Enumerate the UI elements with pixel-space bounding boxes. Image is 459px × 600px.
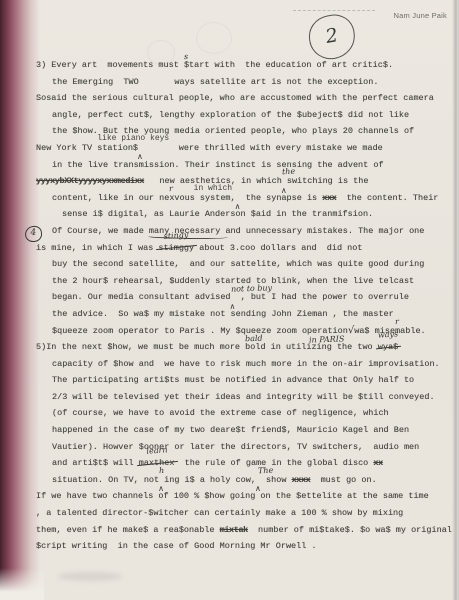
annotation-text: not to buy <box>230 284 271 294</box>
struck-text: mixtak <box>220 525 248 535</box>
struck-text: xx <box>373 458 382 468</box>
corrected-word: stimggystingy <box>158 240 194 257</box>
struck-text: xxxx <box>292 475 311 485</box>
typed-text-block: 3) Every art movements must s$tart with … <box>36 57 454 555</box>
typed-text: 3) Every art movements must <box>36 60 184 70</box>
header-author-name: Nam June Paik <box>394 11 447 20</box>
annotation-text: the <box>282 167 295 176</box>
typed-text: began. Our media consultant advised <box>52 292 231 302</box>
typed-line: capacity of $how and we have to risk muc… <box>52 356 454 373</box>
corrected-word: wya$ways <box>378 339 398 356</box>
typed-text: Sosaid the serious cultural people, who … <box>36 93 434 103</box>
annotation-text: in which <box>194 184 232 193</box>
typed-text: xvous system, <box>169 193 235 203</box>
typed-line: The participating arti$ts must be notifi… <box>52 372 454 389</box>
pencil-dash-line <box>293 10 375 11</box>
typed-text: the synapse is <box>241 193 323 203</box>
typed-line: $cript writing in the case of Good Morni… <box>36 538 454 555</box>
annotation-text: The <box>258 466 274 476</box>
annotation-text: r <box>395 316 399 325</box>
handwritten-correction: stingy <box>164 230 189 241</box>
book-gutter-shadow <box>0 0 40 600</box>
typed-text: situation. On TV, not <box>52 475 159 485</box>
typed-line: yyyxybXXtyyyyxyxxmedixx new aesthetics, … <box>36 173 454 190</box>
scanned-page: Nam June Paik 2 3) Every art movements m… <box>0 0 459 600</box>
typed-text: were thrilled with every mistake we made <box>143 143 383 153</box>
typed-text: show <box>261 475 292 485</box>
typed-line: sense i$ digital, as Laurie Anderson $ai… <box>62 206 454 223</box>
typed-text: and unnecessary mistakes. The major one <box>220 226 424 236</box>
typed-text: is mine, in which I was <box>36 243 158 253</box>
typed-text: angle, perfect cut$, lengthy exploration… <box>52 110 409 120</box>
gutter-bottom-fade <box>0 568 44 600</box>
typed-text: about 3.coo dollars and did not <box>194 243 362 253</box>
annotation-text: r <box>169 184 173 193</box>
typed-text: The participating arti$ts must be notifi… <box>52 375 414 385</box>
typed-line: Vautier). Howver $ooner or later the dir… <box>52 439 454 456</box>
typed-line: 3) Every art movements must s$tart with … <box>36 57 454 74</box>
typed-text: sense i$ digital, as Laurie Anderson $ai… <box>62 209 373 219</box>
typed-text: $tart with the education of art critic$. <box>184 60 393 70</box>
annotation-text: s <box>184 52 188 61</box>
typed-line: New York TV like piano keysstation$ were… <box>36 140 454 157</box>
corrected-word: maxthexlearn <box>139 455 175 472</box>
typed-text: the Emerging TWO ways satellite art is n… <box>52 77 378 87</box>
smudge-mark <box>58 572 122 581</box>
typed-text: in the live transmission. Their instinct… <box>52 160 384 170</box>
typed-text: number of mi$take$. $o wa$ my original <box>248 525 452 535</box>
typed-text: (of course, we have to avoid the extreme… <box>52 408 389 418</box>
typed-line: angle, perfect cut$, lengthy exploration… <box>52 107 454 124</box>
typed-text: must go on. <box>310 475 376 485</box>
typed-text: , but I had the power to overrule <box>236 292 409 302</box>
typed-text: New York TV <box>36 143 97 153</box>
typed-line: the Emerging TWO ways satellite art is n… <box>52 74 454 91</box>
typed-text: the advice. So wa$ my mistake not sendin… <box>52 309 394 319</box>
typed-line: is mine, in which I was stimggystingy ab… <box>36 240 454 257</box>
typed-text: $cript writing in the case of Good Morni… <box>36 541 317 551</box>
typed-text: 2/3 will be televised yet their ideas an… <box>52 392 435 402</box>
struck-text: xxx <box>322 193 336 203</box>
typed-text: mable. <box>395 326 426 336</box>
typed-text: $queeze zoom operator to Paris . My $que… <box>52 326 348 336</box>
typed-text: 5)In the next $how, we must be much more <box>36 342 245 352</box>
typed-text: two <box>357 342 377 352</box>
typed-line: and arti$t$ will maxthexlearn the rule o… <box>52 455 454 472</box>
typed-text: happened in the case of my two deare$t f… <box>52 425 409 435</box>
typed-text: ing i$ a holy cow, <box>164 475 256 485</box>
typed-text: Of Course, we made <box>52 226 149 236</box>
annotation-text: like piano keys <box>97 134 169 143</box>
typed-text: switching is the <box>287 176 369 186</box>
typed-line: If we have two channels of 100 % $how go… <box>36 488 454 505</box>
typed-text: content, like in our ne <box>52 193 169 203</box>
typed-line: began. Our media consultant advisednot t… <box>52 289 454 306</box>
typed-line: 5)In the next $how, we must be much more… <box>36 339 454 356</box>
typed-text: , a talented director-$witcher can certa… <box>36 508 403 518</box>
typed-line: happened in the case of my two deare$t f… <box>52 422 454 439</box>
typed-text: the content. Their <box>336 193 438 203</box>
typed-text: them, even if he make$ a rea$onable <box>36 525 220 535</box>
typed-line: in the live transmission. Their instinct… <box>52 157 454 174</box>
typed-line: 4Of Course, we made many necessary and u… <box>52 223 454 240</box>
typed-line: situation. On TV, nothing i$ a holy cow,… <box>52 472 454 489</box>
typed-line: content, like in our nerxvous system,in … <box>52 190 454 207</box>
typed-line: buy the second satellite, and our sattel… <box>52 256 454 273</box>
typed-line: , a talented director-$witcher can certa… <box>36 505 454 522</box>
handwritten-correction: learn <box>146 446 168 456</box>
typed-line: Sosaid the serious cultural people, who … <box>36 90 454 107</box>
typed-line: the advice. So wa$ my mistake not sendin… <box>52 306 454 323</box>
annotation-text: h <box>159 466 164 475</box>
typed-text: If we have two channels of 100 % $how go… <box>36 491 429 501</box>
typed-text: buy the second satellite, and our sattel… <box>52 259 424 269</box>
typed-text: bold in utilizing the <box>245 342 357 352</box>
hw-circled-page-number: 2 <box>306 11 359 62</box>
struck-text: yyyxybXXtyyyyxyxxmedixx <box>36 176 144 186</box>
typed-text: capacity of $how and we have to risk muc… <box>52 359 440 369</box>
annotation-text: in PARIS <box>309 334 345 344</box>
typed-text: station$ <box>97 143 138 153</box>
bleed-through-ghost <box>196 22 232 54</box>
typed-line: them, even if he make$ a rea$onable mixt… <box>36 522 454 539</box>
typed-text: Vautier). Howver $ooner or later the dir… <box>52 442 419 452</box>
handwritten-correction: ways <box>378 329 399 339</box>
typed-text: the rule of game in the global disco <box>174 458 373 468</box>
annotation-text: bald <box>245 334 263 344</box>
typed-text: and arti$t$ will <box>52 458 139 468</box>
typed-line: 2/3 will be televised yet their ideas an… <box>52 389 454 406</box>
typed-line: (of course, we have to avoid the extreme… <box>52 405 454 422</box>
